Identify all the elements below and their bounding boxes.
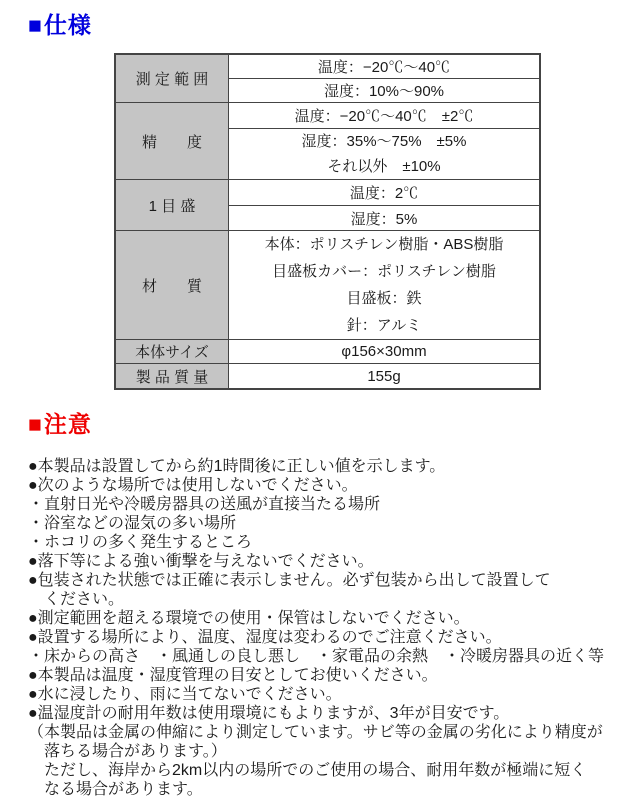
- note-line: ください。: [28, 590, 618, 609]
- row-label-body-size: 本体サイズ: [115, 340, 229, 364]
- table-row: 精 度 温度：−20℃〜40℃ ±2℃: [115, 103, 540, 129]
- note-line: ・浴室などの湿気の多い場所: [28, 514, 618, 533]
- accuracy-humidity-value: 湿度：35%〜75% ±5%: [233, 129, 535, 154]
- row-label-scale-division: 1 目 盛: [115, 180, 229, 231]
- body-size-value: φ156×30mm: [229, 340, 541, 364]
- note-line: ただし、海岸から2km以内の場所でのご使用の場合、耐用年数が極端に短く: [28, 761, 618, 780]
- accuracy-humidity-cell: 湿度：35%〜75% ±5% それ以外 ±10%: [229, 129, 541, 180]
- table-row: 本体サイズ φ156×30mm: [115, 340, 540, 364]
- note-line: ・直射日光や冷暖房器具の送風が直接当たる場所: [28, 495, 618, 514]
- caution-section-heading: ■注意: [0, 390, 640, 438]
- note-line: ●本製品は温度・湿度管理の目安としてお使いください。: [28, 666, 618, 685]
- accuracy-temp-value: 温度：−20℃〜40℃ ±2℃: [229, 103, 541, 129]
- material-cover-value: 目盛板カバー：ポリスチレン樹脂: [233, 258, 535, 285]
- table-row: 材 質 本体：ポリスチレン樹脂・ABS樹脂 目盛板カバー：ポリスチレン樹脂 目盛…: [115, 231, 540, 340]
- note-line: ・ホコリの多く発生するところ: [28, 533, 618, 552]
- note-line: ●設置する場所により、温度、湿度は変わるのでご注意ください。: [28, 628, 618, 647]
- row-label-material: 材 質: [115, 231, 229, 340]
- material-needle-value: 針：アルミ: [233, 312, 535, 339]
- square-marker-icon: ■: [28, 12, 43, 38]
- note-line: ●包装された状態では正確に表示しません。必ず包装から出して設置して: [28, 571, 618, 590]
- note-line: ●温湿度計の耐用年数は使用環境にもよりますが、3年が目安です。: [28, 704, 618, 723]
- note-line: （本製品は金属の伸縮により測定しています。サビ等の金属の劣化により精度が: [28, 723, 618, 742]
- measure-range-humidity-value: 湿度：10%〜90%: [229, 79, 541, 103]
- row-label-measure-range: 測 定 範 囲: [115, 54, 229, 103]
- note-line: ●測定範囲を超える環境での使用・保管はしないでください。: [28, 609, 618, 628]
- row-label-accuracy: 精 度: [115, 103, 229, 180]
- accuracy-other-value: それ以外 ±10%: [233, 154, 535, 179]
- table-row: 1 目 盛 温度：2℃: [115, 180, 540, 206]
- note-line: ・床からの高さ ・風通しの良し悪し ・家電品の余熱 ・冷暖房器具の近く等: [28, 647, 618, 666]
- note-line: ●本製品は設置してから約1時間後に正しい値を示します。: [28, 457, 618, 476]
- material-dial-value: 目盛板：鉄: [233, 285, 535, 312]
- row-label-product-weight: 製 品 質 量: [115, 364, 229, 390]
- measure-range-temp-value: 温度：−20℃〜40℃: [229, 54, 541, 79]
- material-cell: 本体：ポリスチレン樹脂・ABS樹脂 目盛板カバー：ポリスチレン樹脂 目盛板：鉄 …: [229, 231, 541, 340]
- caution-heading-label: 注意: [44, 411, 92, 437]
- table-row: 測 定 範 囲 温度：−20℃〜40℃: [115, 54, 540, 79]
- scale-humidity-value: 湿度：5%: [229, 206, 541, 231]
- spec-heading-label: 仕様: [44, 12, 92, 38]
- product-weight-value: 155g: [229, 364, 541, 390]
- note-line: ●水に浸したり、雨に当てないでください。: [28, 685, 618, 704]
- square-marker-icon: ■: [28, 411, 43, 437]
- note-line: なる場合があります。: [28, 780, 618, 797]
- note-line: 落ちる場合があります。）: [28, 742, 618, 761]
- note-line: ●次のような場所では使用しないでください。: [28, 476, 618, 495]
- scale-temp-value: 温度：2℃: [229, 180, 541, 206]
- note-line: ●落下等による強い衝撃を与えないでください。: [28, 552, 618, 571]
- material-body-value: 本体：ポリスチレン樹脂・ABS樹脂: [233, 231, 535, 258]
- caution-notes: ●本製品は設置してから約1時間後に正しい値を示します。 ●次のような場所では使用…: [28, 457, 618, 797]
- spec-table: 測 定 範 囲 温度：−20℃〜40℃ 湿度：10%〜90% 精 度 温度：−2…: [114, 53, 541, 390]
- table-row: 製 品 質 量 155g: [115, 364, 540, 390]
- spec-section-heading: ■仕様: [0, 0, 640, 39]
